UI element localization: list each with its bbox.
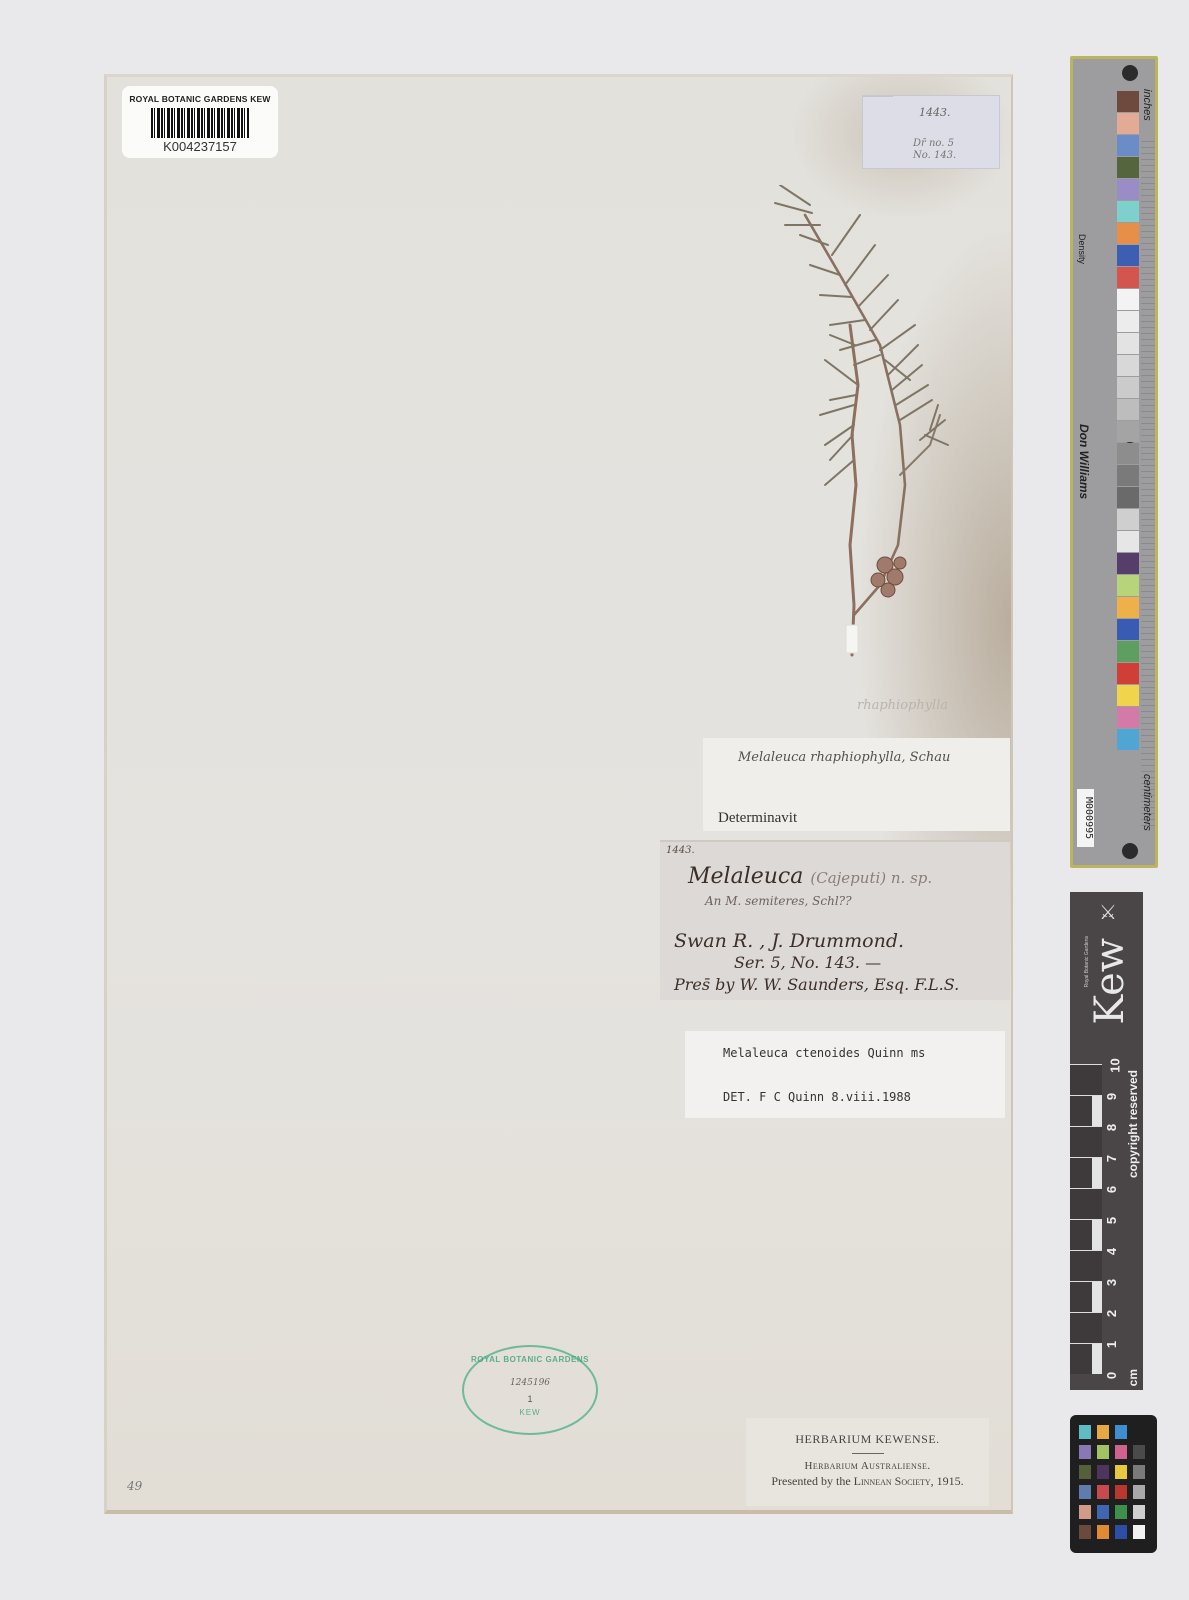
cm-number: 0	[1104, 1372, 1119, 1379]
checker-swatch	[1115, 1465, 1127, 1479]
checker-swatch	[1079, 1445, 1091, 1459]
checker-swatch	[1079, 1425, 1091, 1439]
envelope-number: 1443.	[919, 106, 951, 119]
determined-name: Melaleuca ctenoides Quinn ms	[723, 1046, 925, 1060]
color-patch	[1117, 619, 1139, 640]
ruler-hole-icon	[1122, 843, 1138, 859]
barcode-icon	[151, 108, 249, 138]
color-patch	[1117, 355, 1139, 376]
checker-swatch	[1097, 1425, 1109, 1439]
cm-scale-cell	[1070, 1250, 1102, 1281]
color-patch	[1117, 509, 1139, 530]
color-patch	[1117, 223, 1139, 244]
inches-label: inches	[1141, 89, 1153, 121]
cm-number: 4	[1104, 1248, 1119, 1255]
collector-line: Swan R. , J. Drummond.	[674, 930, 959, 952]
color-patch	[1117, 91, 1139, 112]
kew-crest-icon: ⚔	[1092, 900, 1124, 928]
cm-number: 3	[1104, 1279, 1119, 1286]
color-patch	[1117, 289, 1139, 310]
color-patch	[1117, 641, 1139, 662]
fragment-envelope: 1443. Dr̄ no. 5 No. 143.	[862, 95, 1000, 169]
color-patch	[1117, 113, 1139, 134]
checker-swatch	[1133, 1485, 1145, 1499]
color-patch	[1117, 487, 1139, 508]
color-patch	[1117, 729, 1139, 750]
presented-line: Pres̄ by W. W. Saunders, Esq. F.L.S.	[674, 974, 959, 996]
cm-scale-cell	[1070, 1064, 1102, 1095]
cm-scale-numbers: 012345678910	[1108, 1070, 1126, 1388]
cm-scale-cell	[1070, 1126, 1102, 1157]
original-collection-label: 1443. Melaleuca (Cajeputi) n. sp. An M. …	[660, 840, 1010, 1000]
checker-swatch	[1133, 1425, 1145, 1439]
checker-swatch	[1115, 1425, 1127, 1439]
cm-scale-cell	[1070, 1188, 1102, 1219]
color-checker-swatches	[1079, 1425, 1145, 1539]
copyright-text: copyright reserved	[1126, 1070, 1140, 1178]
collection-details: Swan R. , J. Drummond. Ser. 5, No. 143. …	[674, 930, 959, 996]
checker-swatch	[1133, 1445, 1145, 1459]
cm-number: 8	[1104, 1124, 1119, 1131]
label-divider	[852, 1453, 884, 1454]
checker-swatch	[1115, 1525, 1127, 1539]
color-patch	[1117, 333, 1139, 354]
cm-number: 5	[1104, 1217, 1119, 1224]
stamp-registration-number: 1245196	[464, 1378, 596, 1388]
section-text: (Cajeputi) n. sp.	[810, 869, 932, 887]
color-patch	[1117, 179, 1139, 200]
kew-scale-ruler: ⚔ Royal Botanic Gardens Kew 012345678910…	[1070, 892, 1143, 1390]
presented-society: Linnean Society	[854, 1474, 931, 1488]
series-line: Ser. 5, No. 143. —	[674, 952, 959, 974]
corner-number: 49	[127, 1479, 142, 1493]
checker-swatch	[1097, 1505, 1109, 1519]
checker-swatch	[1097, 1445, 1109, 1459]
color-patch	[1117, 663, 1139, 684]
density-label: Density	[1077, 234, 1087, 264]
ruler-brand: Don Williams	[1077, 424, 1091, 499]
cm-scale-cell	[1070, 1157, 1102, 1188]
envelope-note-line-2: No. 143.	[913, 150, 956, 162]
color-patch	[1117, 157, 1139, 178]
color-patch	[1117, 465, 1139, 486]
color-patch	[1117, 575, 1139, 596]
cm-number: 7	[1104, 1155, 1119, 1162]
stamp-count: 1	[464, 1394, 596, 1404]
checker-swatch	[1079, 1505, 1091, 1519]
color-patch	[1117, 245, 1139, 266]
cm-unit-label: cm	[1126, 1369, 1140, 1386]
checker-swatch	[1079, 1485, 1091, 1499]
checker-swatch	[1097, 1465, 1109, 1479]
envelope-note-line-1: Dr̄ no. 5	[913, 138, 956, 150]
checker-swatch	[1115, 1485, 1127, 1499]
checker-swatch	[1133, 1505, 1145, 1519]
determiner-date: DET. F C Quinn 8.viii.1988	[723, 1090, 911, 1104]
color-patch	[1117, 377, 1139, 398]
color-patch	[1117, 597, 1139, 618]
color-patch	[1117, 443, 1139, 464]
checker-swatch	[1115, 1445, 1127, 1459]
color-patches	[1117, 91, 1139, 751]
herbarium-title: HERBARIUM KEWENSE.	[746, 1432, 989, 1447]
presented-by: Presented by the Linnean Society, 1915.	[746, 1474, 989, 1489]
cm-number: 9	[1104, 1093, 1119, 1100]
ruler-id: M000995	[1077, 789, 1094, 847]
cm-scale-bars	[1070, 1070, 1102, 1388]
color-patch	[1117, 311, 1139, 332]
checker-swatch	[1097, 1525, 1109, 1539]
color-calibration-ruler: inches centimeters Density Don Williams …	[1070, 56, 1158, 868]
cm-number: 10	[1108, 1058, 1123, 1072]
checker-swatch	[1079, 1465, 1091, 1479]
institution-name: ROYAL BOTANIC GARDENS KEW	[122, 94, 278, 104]
determinavit-text: Determinavit	[718, 810, 797, 827]
pencil-annotation: rhaphiophylla	[857, 698, 948, 713]
genus-text: Melaleuca	[688, 864, 803, 889]
centimeters-label: centimeters	[1141, 774, 1153, 831]
color-patch	[1117, 707, 1139, 728]
envelope-note: Dr̄ no. 5 No. 143.	[913, 138, 956, 162]
presented-year: , 1915.	[931, 1474, 964, 1488]
herbarium-kewense-label: HERBARIUM KEWENSE. Herbarium Australiens…	[746, 1418, 989, 1506]
stamp-location: KEW	[464, 1408, 596, 1417]
color-patch	[1117, 399, 1139, 420]
checker-swatch	[1133, 1465, 1145, 1479]
color-patch	[1117, 135, 1139, 156]
plant-specimen	[770, 185, 980, 675]
cm-number: 6	[1104, 1186, 1119, 1193]
herbarium-subtitle: Herbarium Australiense.	[746, 1460, 989, 1472]
checker-swatch	[1133, 1525, 1145, 1539]
kew-accession-stamp: ROYAL BOTANIC GARDENS 1245196 1 KEW	[462, 1345, 598, 1435]
cm-scale-cell	[1070, 1095, 1102, 1126]
cm-number: 2	[1104, 1310, 1119, 1317]
cm-scale-cell	[1070, 1312, 1102, 1343]
cm-number: 1	[1104, 1341, 1119, 1348]
ruler-hole-icon	[1122, 65, 1138, 81]
determination-slip-1: Melaleuca rhaphiophylla, Schau Determina…	[703, 738, 1010, 831]
determination-slip-2: Melaleuca ctenoides Quinn ms DET. F C Qu…	[685, 1031, 1005, 1118]
ruler-ticks	[1141, 141, 1155, 831]
determination-name-handwritten: Melaleuca rhaphiophylla, Schau	[738, 750, 950, 765]
color-patch	[1117, 201, 1139, 222]
label-number: 1443.	[666, 845, 695, 856]
color-patch	[1117, 267, 1139, 288]
checker-swatch	[1115, 1505, 1127, 1519]
label-genus: Melaleuca (Cajeputi) n. sp.	[688, 864, 932, 889]
stamp-institution: ROYAL BOTANIC GARDENS	[464, 1355, 596, 1364]
cm-scale-cell	[1070, 1219, 1102, 1250]
color-checker-card	[1070, 1415, 1157, 1553]
color-patch	[1117, 421, 1139, 442]
presented-prefix: Presented by the	[771, 1474, 853, 1488]
cm-scale-cell	[1070, 1281, 1102, 1312]
barcode-label: ROYAL BOTANIC GARDENS KEW K004237157	[122, 86, 278, 158]
kew-logo: Kew	[1090, 938, 1130, 1025]
label-note: An M. semiteres, Schl??	[705, 894, 852, 908]
cm-scale-cell	[1070, 1343, 1102, 1374]
color-patch	[1117, 553, 1139, 574]
color-patch	[1117, 531, 1139, 552]
barcode-number: K004237157	[122, 139, 278, 154]
checker-swatch	[1097, 1485, 1109, 1499]
color-patch	[1117, 685, 1139, 706]
checker-swatch	[1079, 1525, 1091, 1539]
